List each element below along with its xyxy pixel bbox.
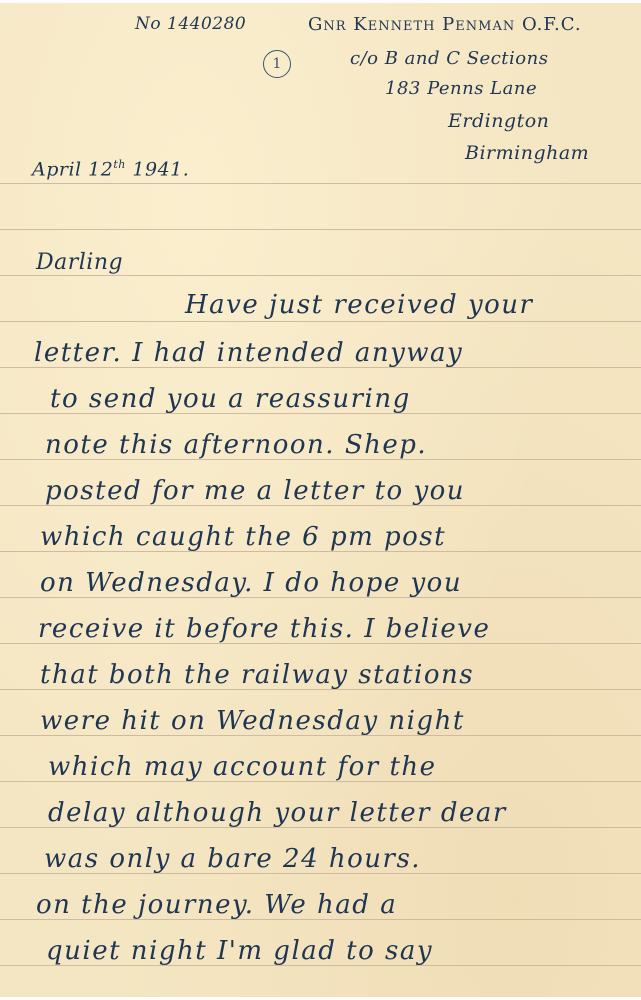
body-line: letter. I had intended anyway bbox=[34, 338, 463, 368]
body-line: to send you a reassuring bbox=[50, 384, 411, 414]
body-line: on Wednesday. I do hope you bbox=[40, 568, 462, 598]
service-number: No 1440280 bbox=[135, 14, 246, 34]
body-line: was only a bare 24 hours. bbox=[44, 844, 421, 874]
body-line: receive it before this. I believe bbox=[38, 614, 490, 644]
date-day-suffix: th bbox=[113, 158, 126, 171]
body-line: note this afternoon. Shep. bbox=[45, 430, 427, 460]
letter-date: April 12th 1941. bbox=[32, 158, 189, 180]
ruled-line bbox=[0, 321, 641, 322]
body-line: that both the railway stations bbox=[40, 660, 474, 690]
body-line: which may account for the bbox=[48, 752, 437, 782]
body-line: which caught the 6 pm post bbox=[40, 522, 446, 552]
body-line: delay although your letter dear bbox=[48, 798, 507, 828]
body-line: quiet night I'm glad to say bbox=[46, 936, 433, 966]
date-month: April bbox=[32, 158, 82, 180]
ruled-line bbox=[0, 183, 641, 184]
ruled-line bbox=[0, 275, 641, 276]
letter-page: No 1440280 Gnr Kenneth Penman O.F.C. 1 c… bbox=[0, 0, 641, 1000]
page-top-edge bbox=[0, 0, 641, 3]
page-number: 1 bbox=[263, 50, 291, 78]
address-line: 183 Penns Lane bbox=[385, 78, 537, 99]
body-line: posted for me a letter to you bbox=[45, 476, 465, 506]
sender-name: Gnr Kenneth Penman O.F.C. bbox=[308, 14, 582, 35]
address-line: Erdington bbox=[448, 110, 549, 132]
body-line: were hit on Wednesday night bbox=[40, 706, 465, 736]
salutation: Darling bbox=[36, 250, 123, 275]
body-line: Have just received your bbox=[185, 290, 533, 320]
ruled-line bbox=[0, 229, 641, 230]
date-year: 1941. bbox=[132, 158, 189, 180]
address-line: c/o B and C Sections bbox=[350, 48, 548, 69]
body-line: on the journey. We had a bbox=[36, 890, 397, 920]
address-line: Birmingham bbox=[465, 142, 589, 164]
date-day: 12 bbox=[88, 158, 113, 180]
